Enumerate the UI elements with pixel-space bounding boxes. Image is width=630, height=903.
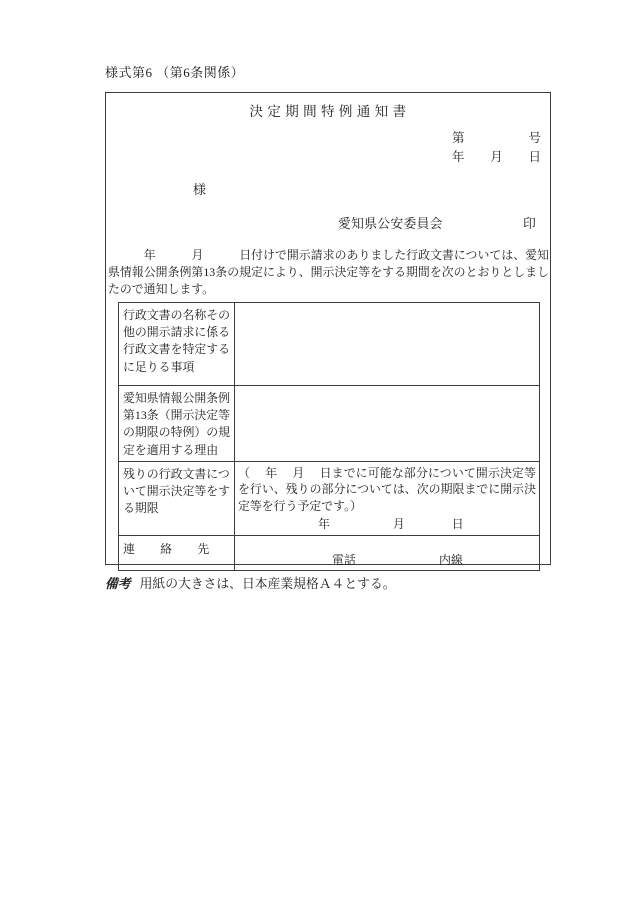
- row-value-deadline: （ 年 月 日までに可能な部分について開示決定等を行い、残りの部分については、次…: [235, 461, 540, 535]
- row-label: 愛知県情報公開条例第13条（開示決定等の期限の特例）の規定を適用する理由: [119, 386, 235, 462]
- remarks-text: 用紙の大きさは、日本産業規格Ａ４とする。: [140, 577, 396, 591]
- issue-date-month: 月: [490, 148, 503, 167]
- table-row-document-name: 行政文書の名称その他の開示請求に係る行政文書を特定するに足りる事項: [119, 303, 540, 386]
- row-value-blank: [235, 303, 540, 386]
- issue-date-day: 日: [528, 148, 541, 167]
- deadline-date-line: 年 月 日: [238, 516, 536, 532]
- table-row-contact: 連 絡 先 電話 内線: [119, 535, 540, 570]
- row-label: 残りの行政文書について開示決定等をする期限: [119, 461, 235, 535]
- deadline-year: 年: [318, 517, 330, 531]
- row-label: 行政文書の名称その他の開示請求に係る行政文書を特定するに足りる事項: [119, 303, 235, 386]
- issuer-row: 愛知県公安委員会 印: [106, 213, 550, 231]
- document-page: 様式第6 （第6条関係） 決 定 期 間 特 例 通 知 書 第 号 年 月 日…: [0, 0, 630, 903]
- deadline-parenthetical: （ 年 月 日までに可能な部分について開示決定等を行い、残りの部分については、次…: [238, 465, 536, 515]
- notice-box: 決 定 期 間 特 例 通 知 書 第 号 年 月 日 様 愛知県公安委員会 印…: [105, 92, 551, 565]
- phone-label: 電話: [332, 551, 356, 568]
- row-label-contact: 連 絡 先: [119, 535, 235, 570]
- doc-number-suffix: 号: [528, 129, 541, 148]
- info-table: 行政文書の名称その他の開示請求に係る行政文書を特定するに足りる事項 愛知県情報公…: [118, 302, 540, 571]
- extension-label: 内線: [439, 551, 463, 568]
- doc-meta-block: 第 号 年 月 日: [452, 129, 541, 167]
- deadline-day: 日: [452, 517, 464, 531]
- remarks-label: 備考: [105, 577, 131, 591]
- addressee-honorific: 様: [193, 179, 206, 198]
- doc-number-prefix: 第: [452, 129, 465, 148]
- issuer-name: 愛知県公安委員会: [338, 213, 443, 232]
- row-value-contact: 電話 内線: [235, 535, 540, 570]
- doc-number-line: 第 号: [452, 129, 541, 148]
- document-title: 決 定 期 間 特 例 通 知 書: [106, 100, 550, 120]
- body-paragraph: 年 月 日付けで開示請求のありました行政文書については、愛知県情報公開条例第13…: [108, 247, 549, 297]
- seal-mark: 印: [523, 213, 536, 232]
- table-row-reason: 愛知県情報公開条例第13条（開示決定等の期限の特例）の規定を適用する理由: [119, 386, 540, 462]
- issue-date-year: 年: [452, 148, 465, 167]
- remarks-line: 備考用紙の大きさは、日本産業規格Ａ４とする。: [105, 573, 396, 592]
- table-row-deadline: 残りの行政文書について開示決定等をする期限 （ 年 月 日までに可能な部分につい…: [119, 461, 540, 535]
- deadline-month: 月: [393, 517, 405, 531]
- row-value-blank: [235, 386, 540, 462]
- issue-date-line: 年 月 日: [452, 148, 541, 167]
- form-number-label: 様式第6 （第6条関係）: [105, 62, 244, 81]
